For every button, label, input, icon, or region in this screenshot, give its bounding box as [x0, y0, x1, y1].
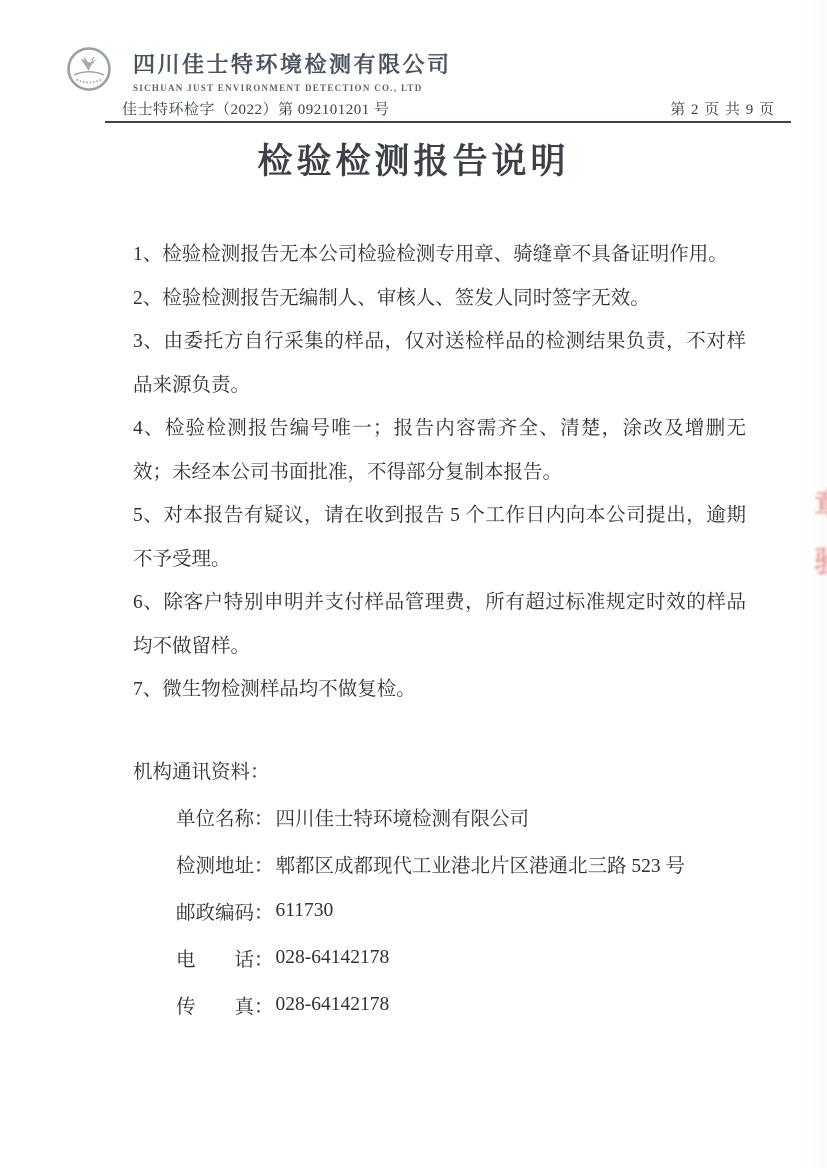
contact-value: 四川佳士特环境检测有限公司 — [276, 803, 530, 831]
note-text: 检验检测报告编号唯一；报告内容需齐全、清楚，涂改及增删无效；未经本公司书面批准，… — [133, 418, 746, 483]
report-notes: 1、检验检测报告无本公司检验检测专用章、骑缝章不具备证明作用。 2、检验检测报告… — [133, 233, 746, 712]
note-item-2: 2、检验检测报告无编制人、审核人、签发人同时签字无效。 — [133, 277, 746, 321]
note-number: 6、 — [133, 592, 163, 613]
note-number: 4、 — [133, 418, 165, 439]
contact-row-postcode: 邮政编码： 611730 — [176, 887, 685, 934]
note-text: 微生物检测样品均不做复检。 — [162, 679, 416, 700]
contact-row-phone: 电 话： 028-64142178 — [176, 934, 685, 981]
document-page: 四川佳士特环境检测有限公司 SICHUAN JUST ENVIRONMENT D… — [0, 0, 827, 1168]
company-name-en: SICHUAN JUST ENVIRONMENT DETECTION CO., … — [133, 83, 452, 93]
note-item-6: 6、除客户特别申明并支付样品管理费，所有超过标准规定时效的样品均不做留样。 — [133, 581, 746, 668]
header-divider — [105, 121, 791, 123]
contact-row-fax: 传 真： 028-64142178 — [176, 981, 685, 1028]
note-text: 由委托方自行采集的样品，仅对送检样品的检测结果负责，不对样品来源负责。 — [133, 331, 746, 396]
contact-label: 邮政编码： — [176, 897, 274, 925]
note-item-5: 5、对本报告有疑议，请在收到报告 5 个工作日内向本公司提出，逾期不予受理。 — [133, 494, 746, 581]
contact-value: 028-64142178 — [276, 947, 390, 969]
contact-label: 电 话： — [176, 944, 274, 972]
page-indicator: 第 2 页 共 9 页 — [670, 98, 775, 119]
contact-label: 传 真： — [176, 991, 274, 1019]
note-number: 5、 — [133, 505, 163, 526]
contact-label: 检测地址： — [176, 850, 274, 878]
company-seal-logo — [66, 46, 112, 92]
contact-value: 郫都区成都现代工业港北片区港通北三路 523 号 — [276, 850, 686, 878]
note-text: 对本报告有疑议，请在收到报告 5 个工作日内向本公司提出，逾期不予受理。 — [133, 505, 746, 570]
page-title: 检验检测报告说明 — [0, 134, 827, 184]
company-name-cn: 四川佳士特环境检测有限公司 — [133, 48, 452, 79]
note-text: 除客户特别申明并支付样品管理费，所有超过标准规定时效的样品均不做留样。 — [133, 592, 746, 657]
seal-fragment-glyph: 章 — [814, 486, 827, 526]
contact-heading: 机构通讯资料： — [133, 746, 685, 793]
contact-row-company: 单位名称： 四川佳士特环境检测有限公司 — [176, 793, 685, 840]
note-number: 2、 — [133, 288, 162, 309]
contact-label: 单位名称： — [176, 803, 274, 831]
note-number: 3、 — [133, 331, 163, 352]
note-text: 检验检测报告无本公司检验检测专用章、骑缝章不具备证明作用。 — [162, 244, 728, 265]
contact-row-address: 检测地址： 郫都区成都现代工业港北片区港通北三路 523 号 — [176, 840, 685, 887]
note-item-7: 7、微生物检测样品均不做复检。 — [133, 668, 746, 712]
note-number: 1、 — [133, 244, 162, 265]
note-text: 检验检测报告无编制人、审核人、签发人同时签字无效。 — [162, 288, 650, 309]
note-number: 7、 — [133, 679, 162, 700]
contact-info: 机构通讯资料： 单位名称： 四川佳士特环境检测有限公司 检测地址： 郫都区成都现… — [133, 746, 685, 1028]
contact-value: 611730 — [276, 900, 334, 922]
note-item-4: 4、检验检测报告编号唯一；报告内容需齐全、清楚，涂改及增删无效；未经本公司书面批… — [133, 407, 746, 494]
company-seal-icon — [66, 46, 112, 92]
seal-fragment-icon: 验 — [807, 543, 827, 585]
seal-fragment-glyph: 验 — [814, 543, 827, 583]
document-number: 佳士特环检字（2022）第 092101201 号 — [122, 98, 390, 119]
note-item-3: 3、由委托方自行采集的样品，仅对送检样品的检测结果负责，不对样品来源负责。 — [133, 320, 746, 407]
contact-value: 028-64142178 — [276, 994, 390, 1016]
note-item-1: 1、检验检测报告无本公司检验检测专用章、骑缝章不具备证明作用。 — [133, 233, 746, 277]
company-header: 四川佳士特环境检测有限公司 SICHUAN JUST ENVIRONMENT D… — [133, 48, 452, 93]
seal-fragment-icon: 章 — [807, 486, 827, 528]
